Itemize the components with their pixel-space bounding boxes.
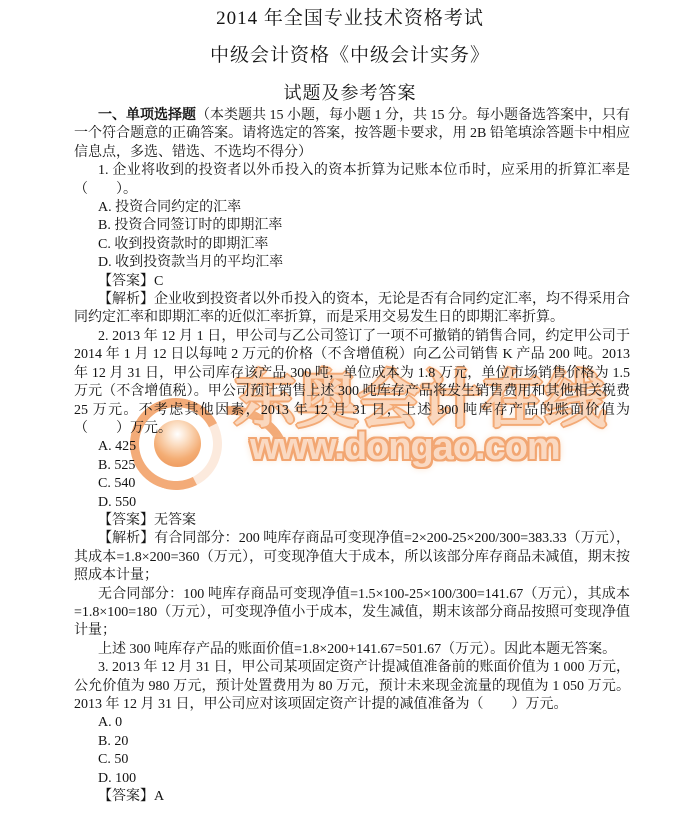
question-1-option-d: D. 收到投资款当月的平均汇率 (74, 254, 630, 272)
question-3-option-a: A. 0 (74, 714, 630, 732)
document-body: 一、单项选择题（本类题共 15 小题，每小题 1 分，共 15 分。每小题备选答… (74, 107, 630, 806)
question-3-stem: 3. 2013 年 12 月 31 日，甲公司某项固定资产计提减值准备前的账面价… (74, 659, 630, 714)
doc-type-title: 试题及参考答案 (0, 81, 700, 105)
document-page: 东奥会计在线 www.dongao.com 2014 年全国专业技术资格考试 中… (0, 0, 700, 814)
question-1-option-b: B. 投资合同签订时的即期汇率 (74, 217, 630, 235)
question-2-option-b: B. 525 (74, 457, 630, 475)
section-heading-label: 一、单项选择题 (98, 108, 196, 123)
question-1-option-a: A. 投资合同约定的汇率 (74, 199, 630, 217)
question-1-analysis: 【解析】企业收到投资者以外币投入的资本，无论是否有合同约定汇率，均不得采用合同约… (74, 291, 630, 328)
question-2-analysis-2: 无合同部分：100 吨库存商品可变现净值=1.5×100-25×100/300=… (74, 586, 630, 641)
document-header: 2014 年全国专业技术资格考试 中级会计资格《中级会计实务》 试题及参考答案 (0, 0, 700, 105)
question-1-stem: 1. 企业将收到的投资者以外币投入的资本折算为记账本位币时，应采用的折算汇率是（… (74, 162, 630, 199)
question-2-option-d: D. 550 (74, 494, 630, 512)
question-2-analysis-3: 上述 300 吨库存产品的账面价值=1.8×200+141.67=501.67（… (74, 641, 630, 659)
question-3-option-c: C. 50 (74, 751, 630, 769)
question-2-analysis-1: 【解析】有合同部分：200 吨库存商品可变现净值=2×200-25×200/30… (74, 530, 630, 585)
question-2-option-a: A. 425 (74, 438, 630, 456)
question-3-option-b: B. 20 (74, 733, 630, 751)
question-1-option-c: C. 收到投资款时的即期汇率 (74, 236, 630, 254)
section-heading: 一、单项选择题（本类题共 15 小题，每小题 1 分，共 15 分。每小题备选答… (74, 107, 630, 162)
question-1-answer: 【答案】C (74, 273, 630, 291)
question-3-option-d: D. 100 (74, 770, 630, 788)
subject-title: 中级会计资格《中级会计实务》 (0, 43, 700, 68)
question-2-option-c: C. 540 (74, 475, 630, 493)
question-2-stem: 2. 2013 年 12 月 1 日，甲公司与乙公司签订了一项不可撤销的销售合同… (74, 328, 630, 438)
exam-title: 2014 年全国专业技术资格考试 (0, 6, 700, 31)
question-2-answer: 【答案】无答案 (74, 512, 630, 530)
question-3-answer: 【答案】A (74, 788, 630, 806)
